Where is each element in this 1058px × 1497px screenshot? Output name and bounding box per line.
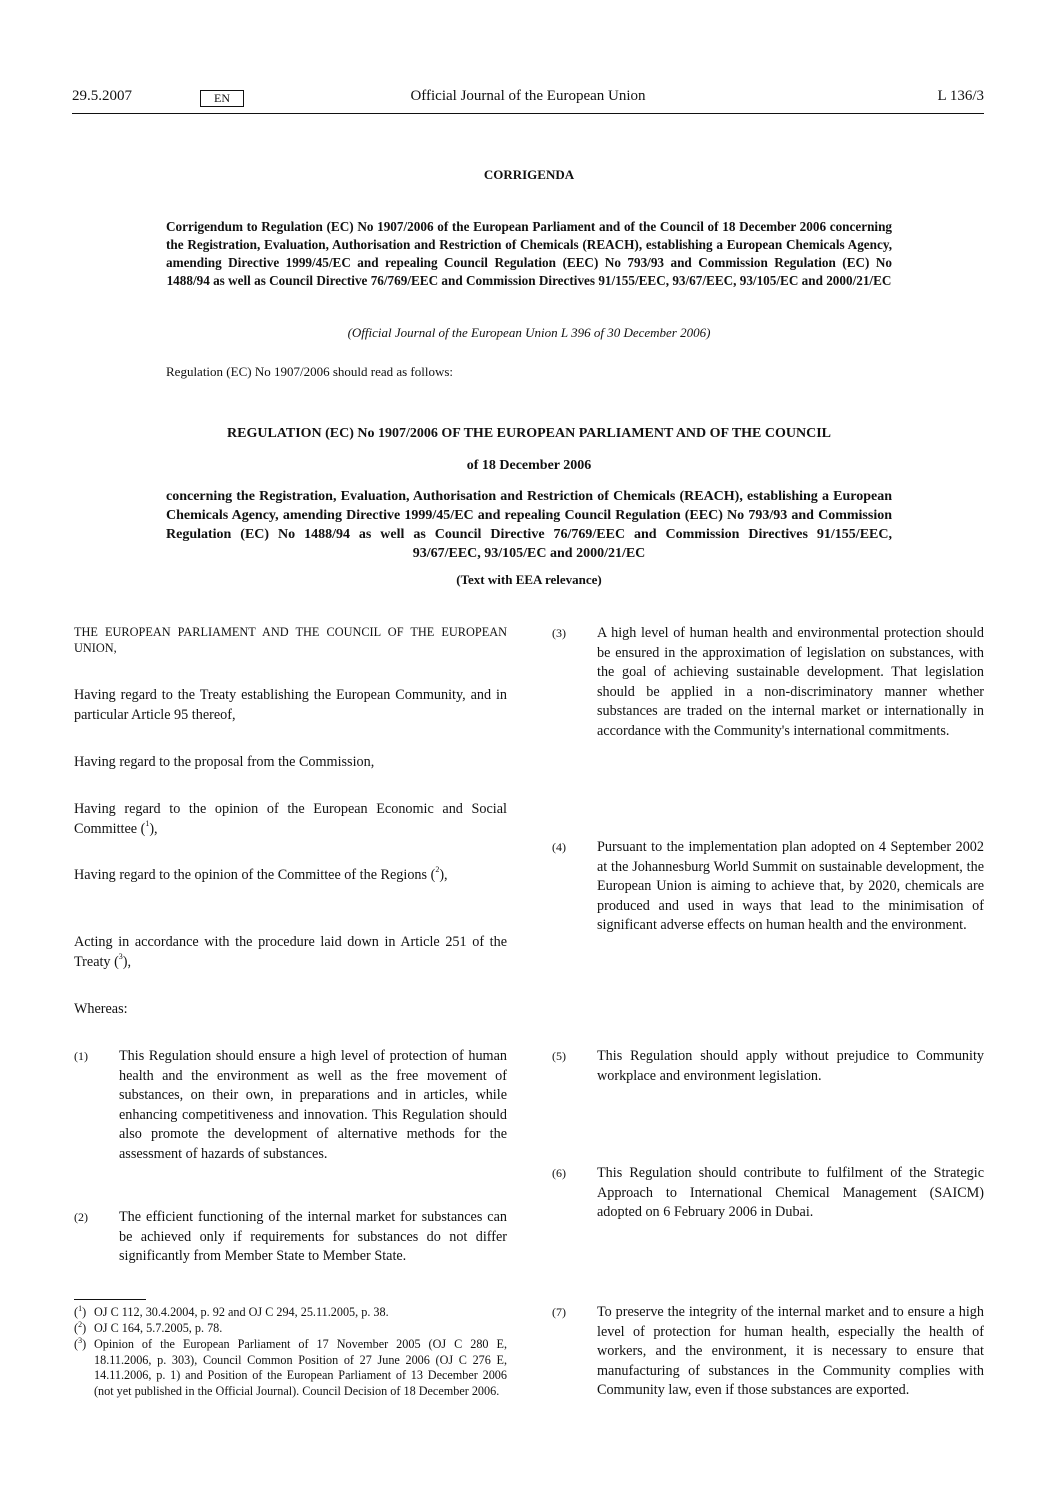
recital-4: (4) Pursuant to the implementation plan … — [552, 838, 984, 978]
regulation-date: of 18 December 2006 — [0, 458, 1058, 474]
regulation-title: REGULATION (EC) No 1907/2006 OF THE EURO… — [0, 426, 1058, 442]
footnote-text: OJ C 164, 5.7.2005, p. 78. — [94, 1321, 507, 1337]
journal-title: Official Journal of the European Union — [72, 88, 984, 105]
whereas-label: Whereas: — [74, 1000, 507, 1020]
page-number: L 136/3 — [937, 88, 984, 105]
footnote-text: OJ C 112, 30.4.2004, p. 92 and OJ C 294,… — [94, 1305, 507, 1321]
recital-1: (1) This Regulation should ensure a high… — [74, 1047, 507, 1187]
citation-procedure: Acting in accordance with the procedure … — [74, 933, 507, 972]
footnote-mark: (2) — [74, 1321, 86, 1337]
recital-text: To preserve the integrity of the interna… — [597, 1303, 984, 1401]
citation-text: Having regard to the opinion of the Comm… — [74, 867, 435, 883]
recital-text: The efficient functioning of the interna… — [119, 1208, 507, 1267]
recital-text: A high level of human health and environ… — [597, 624, 984, 741]
citation-suffix: ), — [149, 821, 157, 837]
recital-6: (6) This Regulation should contribute to… — [552, 1164, 984, 1224]
oj-reference: (Official Journal of the European Union … — [0, 325, 1058, 341]
recital-number: (3) — [552, 624, 566, 644]
citation-regions: Having regard to the opinion of the Comm… — [74, 866, 507, 886]
recital-2: (2) The efficient functioning of the int… — [74, 1208, 507, 1288]
recital-text: Pursuant to the implementation plan adop… — [597, 838, 984, 936]
header-divider — [72, 113, 984, 114]
recital-number: (5) — [552, 1047, 566, 1067]
citation-suffix: ), — [123, 954, 131, 970]
eea-relevance: (Text with EEA relevance) — [0, 572, 1058, 588]
citation-text: Having regard to the opinion of the Euro… — [74, 801, 507, 837]
recital-5: (5) This Regulation should apply without… — [552, 1047, 984, 1092]
preamble-authors: THE EUROPEAN PARLIAMENT AND THE COUNCIL … — [74, 624, 507, 656]
recital-3: (3) A high level of human health and env… — [552, 624, 984, 784]
regulation-subject: concerning the Registration, Evaluation,… — [166, 487, 892, 563]
recital-number: (2) — [74, 1208, 88, 1228]
recital-number: (4) — [552, 838, 566, 858]
recital-number: (6) — [552, 1164, 566, 1184]
recital-number: (7) — [552, 1303, 566, 1323]
footnote-text: Opinion of the European Parliament of 17… — [94, 1337, 507, 1399]
corrigenda-heading: CORRIGENDA — [0, 167, 1058, 183]
citation-treaty: Having regard to the Treaty establishing… — [74, 686, 507, 725]
footnote-mark: (3) — [74, 1337, 86, 1353]
recital-text: This Regulation should apply without pre… — [597, 1047, 984, 1086]
corrigendum-title: Corrigendum to Regulation (EC) No 1907/2… — [166, 218, 892, 290]
citation-eesc: Having regard to the opinion of the Euro… — [74, 800, 507, 839]
recital-7: (7) To preserve the integrity of the int… — [552, 1303, 984, 1423]
footnote-divider — [74, 1299, 146, 1300]
footnote-mark: (1) — [74, 1305, 86, 1321]
recital-number: (1) — [74, 1047, 88, 1067]
citation-text: Acting in accordance with the procedure … — [74, 934, 507, 970]
recital-text: This Regulation should contribute to ful… — [597, 1164, 984, 1223]
should-read-note: Regulation (EC) No 1907/2006 should read… — [166, 364, 453, 380]
recital-text: This Regulation should ensure a high lev… — [119, 1047, 507, 1164]
citation-suffix: ), — [439, 867, 447, 883]
page-header: 29.5.2007 EN Official Journal of the Eur… — [72, 88, 984, 114]
citation-proposal: Having regard to the proposal from the C… — [74, 753, 507, 773]
